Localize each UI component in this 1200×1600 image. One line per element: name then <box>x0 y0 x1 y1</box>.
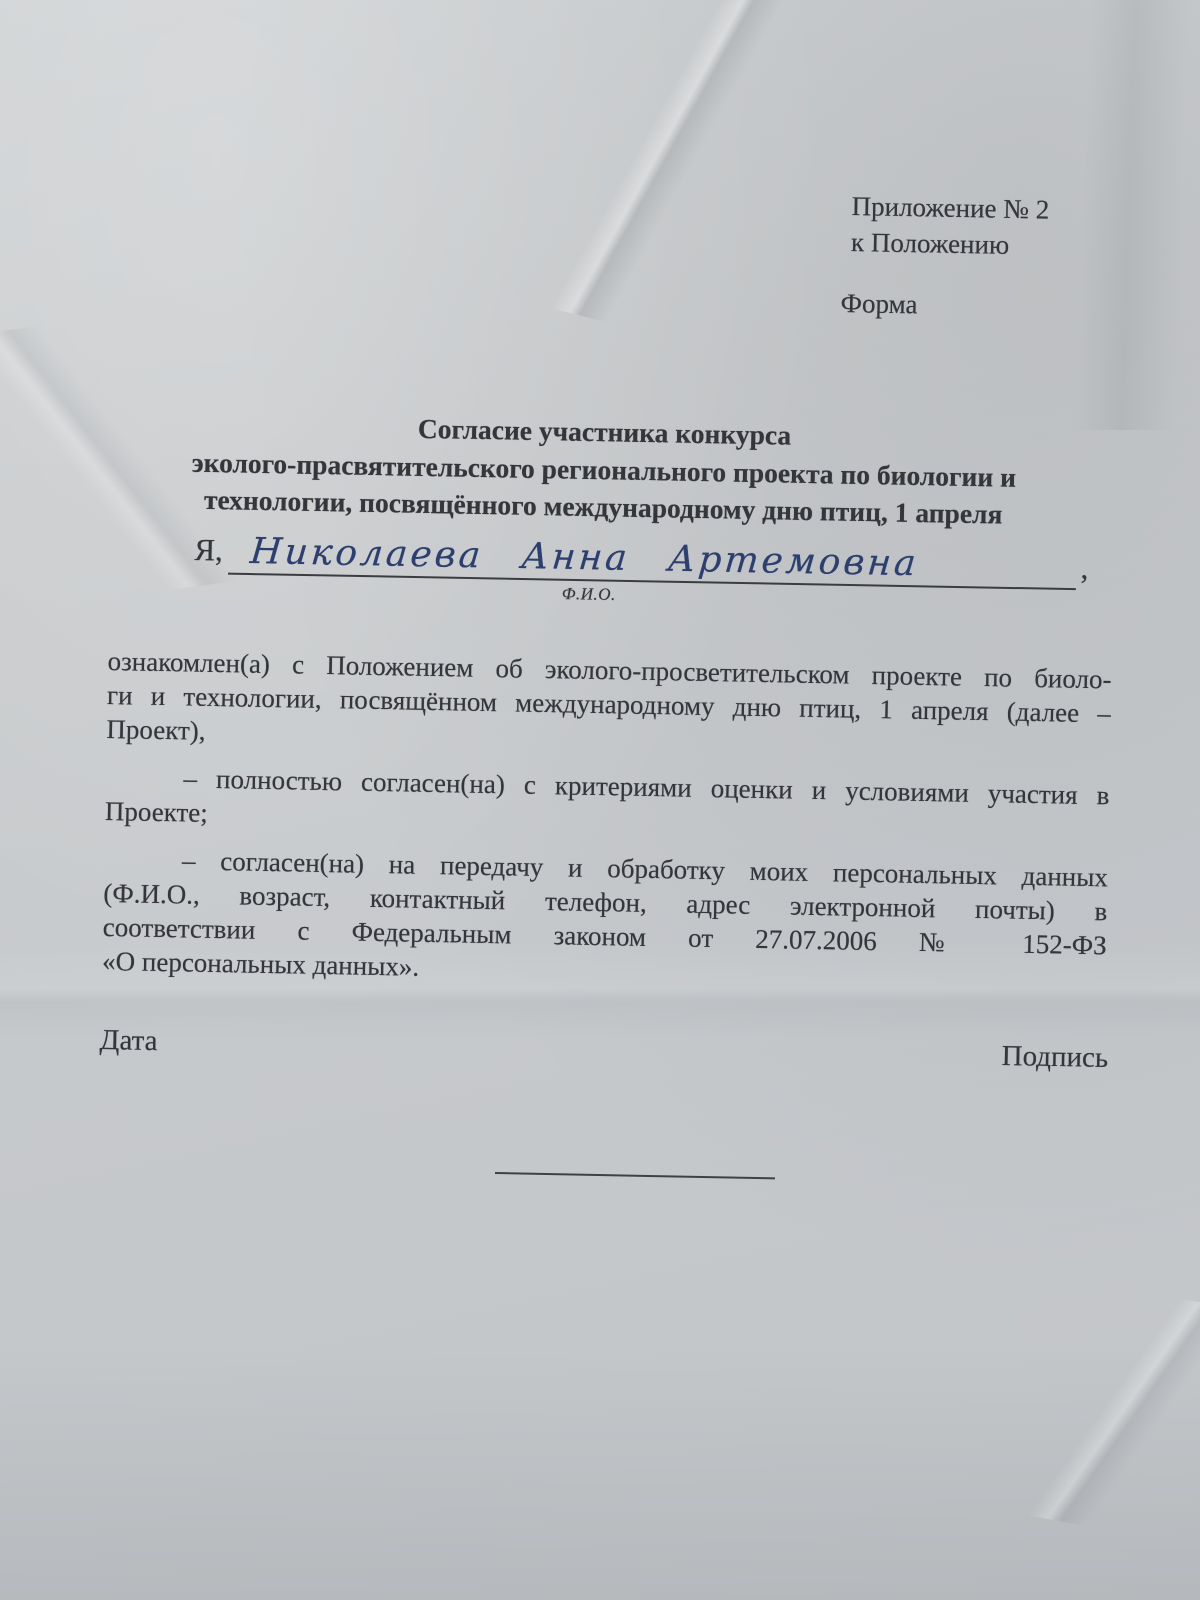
appendix-header: Приложение № 2 к Положению <box>851 188 1050 264</box>
form-label: Форма <box>840 288 917 320</box>
date-label: Дата <box>99 1024 157 1058</box>
document-title: Согласие участника конкурса эколого-прас… <box>98 404 1110 535</box>
paper-crease <box>991 1273 1200 1548</box>
signature-label: Подпись <box>1001 1040 1108 1075</box>
appendix-line1: Приложение № 2 <box>851 188 1049 228</box>
signature-line <box>495 1146 775 1179</box>
handwritten-name: Николаева Анна Артемовна <box>249 531 921 584</box>
trailing-comma: , <box>1080 550 1088 590</box>
body-text: ознакомлен(а) с Положением об эколого-пр… <box>102 644 1112 996</box>
document-photo: Приложение № 2 к Положению Форма Согласи… <box>0 0 1200 1600</box>
paper-crease <box>1040 0 1200 430</box>
appendix-line2: к Положению <box>851 224 1049 264</box>
fio-caption: Ф.И.О. <box>562 584 616 605</box>
paper-crease <box>500 0 820 354</box>
name-prefix: Я, <box>194 532 223 575</box>
